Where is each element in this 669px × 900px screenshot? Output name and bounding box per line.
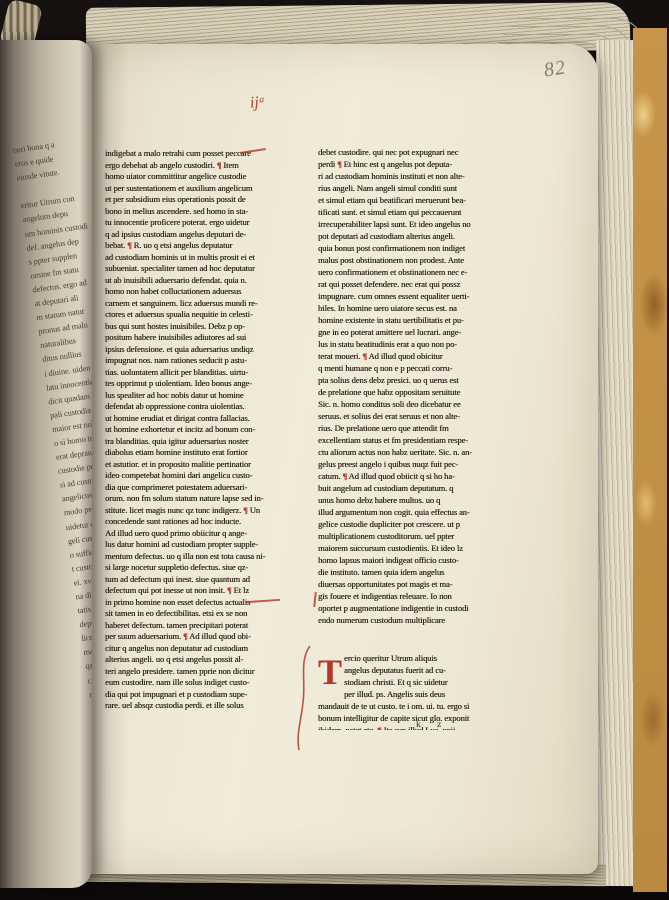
text-column-left: indigebat a malo retrahi cum posset pecc… [105,148,287,716]
text-column-right: debet custodire. qui nec pot expugnari n… [318,146,506,628]
folio-number: 82 [542,56,567,82]
drop-cap-initial: T [318,652,344,698]
fore-edge-amber-band [633,28,667,892]
facing-page-curled-edge: ueri bona q a erus e quide eiusde vitute… [0,40,92,888]
page-recto: 82 ijᵃ indigebat a malo retrahi cum poss… [50,44,598,874]
book-photo: 82 ijᵃ indigebat a malo retrahi cum poss… [0,0,669,900]
red-underline-accent [313,592,317,607]
facing-page-text-fragments: ueri bona q a erus e quide eiusde vitute… [12,123,92,702]
header-mark: ijᵃ [249,93,266,112]
text-column-right-new-section: Tercio queritur Utrum aliquis angelus de… [318,640,506,730]
signature-mark: k z [416,720,448,730]
initial-flourish [294,644,316,754]
